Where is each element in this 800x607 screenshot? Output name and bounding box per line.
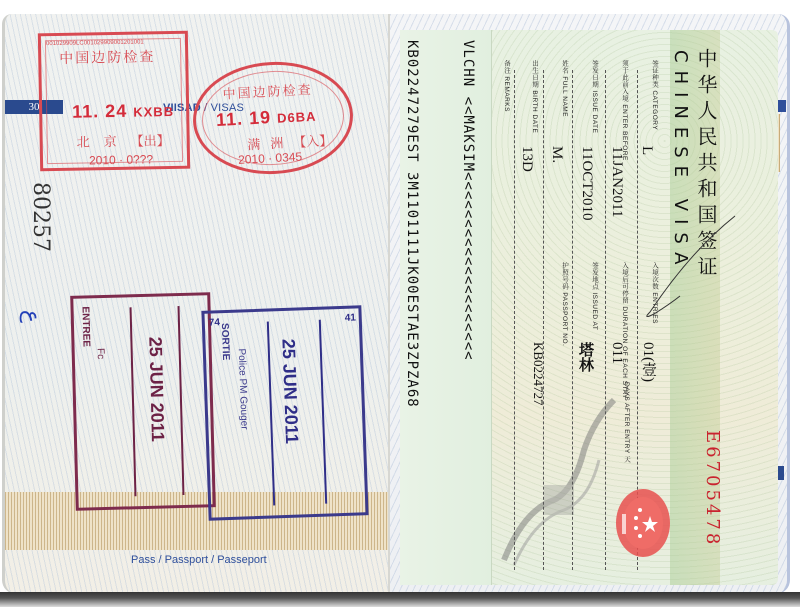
field-divider <box>605 70 606 570</box>
signature-stroke <box>640 212 750 322</box>
label-cn: 护照号码 <box>561 262 568 290</box>
passport-page-left: 30 VIISAD / VISAS 001029909LC00102990900… <box>2 14 392 594</box>
stamp-divider <box>267 322 275 506</box>
field-value-issued-at: 塔林 <box>576 342 597 372</box>
stamp-header: SORTIE <box>219 323 231 361</box>
stamp-city-mark: 【入】 <box>293 133 333 150</box>
label-cn: 签发地点 <box>591 262 598 290</box>
label-cn: 签发日期 <box>591 60 598 88</box>
field-label-duration: 入境后可停留 DURATION OF EACH STAY <box>620 262 629 399</box>
field-value-issue-date: 11OCT2010 <box>578 146 595 220</box>
label-en: PASSPORT NO. <box>561 292 568 346</box>
stamp-title: 中国边防检查 <box>59 46 155 68</box>
field-divider <box>572 70 573 570</box>
field-label-passport-no: 护照号码 PASSPORT NO. <box>560 262 569 346</box>
visa-serial-number: E6705478 <box>702 430 723 547</box>
field-value-enter-before: 11JAN2011 <box>608 146 625 217</box>
handwritten-number: 80257 <box>28 182 53 252</box>
stamp-number: 41 <box>345 312 357 323</box>
stamp-date-value: 11. 19 <box>216 107 272 130</box>
label-cn: 备注 <box>503 60 510 74</box>
label-cn: 签证种类 <box>651 60 658 88</box>
china-entry-stamp: 中国边防检查 11. 19 D6BA 满洲【入】 2010 · 0345 <box>190 58 356 178</box>
suffix-en: DAYS AFTER ENTRY <box>623 382 630 454</box>
label-en: CATEGORY <box>651 90 658 130</box>
stamp-city-name: 北京 <box>77 134 131 150</box>
stamp-divider <box>178 306 185 495</box>
field-value-category: L <box>638 146 655 155</box>
stamp-divider <box>130 307 137 496</box>
china-exit-stamp: 001029909LC001029909001201001 中国边防检查 11.… <box>38 31 190 172</box>
field-label-category: 签证种类 CATEGORY <box>650 60 659 130</box>
field-divider <box>514 70 515 570</box>
field-label-issue-date: 签发日期 ISSUE DATE <box>590 60 599 133</box>
label-en: ISSUED AT <box>591 292 598 330</box>
stamp-code-letters: D6BA <box>277 109 317 126</box>
field-label-issued-at: 签发地点 ISSUED AT <box>590 262 599 330</box>
stamp-date: 11. 24 KXBB <box>72 100 174 123</box>
passport-footer-label: Pass / Passport / Passeport <box>131 554 267 566</box>
field-value-entries: 01(壹) <box>638 342 659 382</box>
label-cn: 姓名 <box>561 60 568 74</box>
stamp-date: 25 JUN 2011 <box>144 336 168 442</box>
field-value-birth-date: 13D <box>518 146 535 172</box>
stamp-date: 25 JUN 2011 <box>277 338 302 444</box>
label-cn: 入境后可停留 <box>621 262 628 304</box>
field-label-remarks: 备注 REMARKS <box>502 60 511 112</box>
label-en: ISSUE DATE <box>591 90 598 133</box>
field-divider <box>543 70 544 570</box>
stamp-code-letters: KXBB <box>133 104 174 120</box>
label-en: BIRTH DATE <box>531 90 538 133</box>
mrz-line-1: VLCHN <<MAKSIM<<<<<<<<<<<<<<<<<<<< <box>460 40 476 361</box>
field-suffix-duration: DAYS AFTER ENTRY 天 <box>622 382 631 463</box>
stamp-sub: Fc <box>95 348 106 359</box>
field-value-duration: 011 <box>608 342 625 364</box>
stamp-sub: Police PM Gouger <box>236 348 250 429</box>
stamp-header: ENTREE <box>79 306 91 347</box>
stamp-city-mark: 【出】 <box>131 133 170 149</box>
label-cn: 须于此前入境 <box>621 60 628 102</box>
national-emblem-icon <box>614 486 672 560</box>
stamp-serial: 2010 · 0??? <box>89 152 153 167</box>
label-en: FULL NAME <box>561 76 568 117</box>
stamp-city: 北京【出】 <box>77 130 170 151</box>
label-en: REMARKS <box>503 76 510 112</box>
stamp-divider <box>319 320 327 504</box>
stamp-date-value: 11. 24 <box>72 101 127 122</box>
field-value-full-name: M. <box>548 146 565 163</box>
tunisia-entry-stamp: ENTREE Fc 25 JUN 2011 <box>70 292 216 511</box>
mrz-line-2: KB02247279EST 3M1101111JK00ESTAE3ZPZA68 <box>404 40 420 408</box>
page-edge-shadow <box>0 592 800 607</box>
stamp-serial: 2010 · 0345 <box>238 150 303 167</box>
suffix-cn: 天 <box>623 456 630 463</box>
field-label-full-name: 姓名 FULL NAME <box>560 60 569 117</box>
field-label-birth-date: 出生日期 BIRTH DATE <box>530 60 539 133</box>
label-cn: 出生日期 <box>531 60 538 88</box>
handwritten-mark: ع <box>19 310 44 323</box>
tunisia-exit-stamp: 74 41 SORTIE Police PM Gouger 25 JUN 201… <box>201 305 368 520</box>
field-value-passport-no: KB0224727 <box>530 342 546 406</box>
